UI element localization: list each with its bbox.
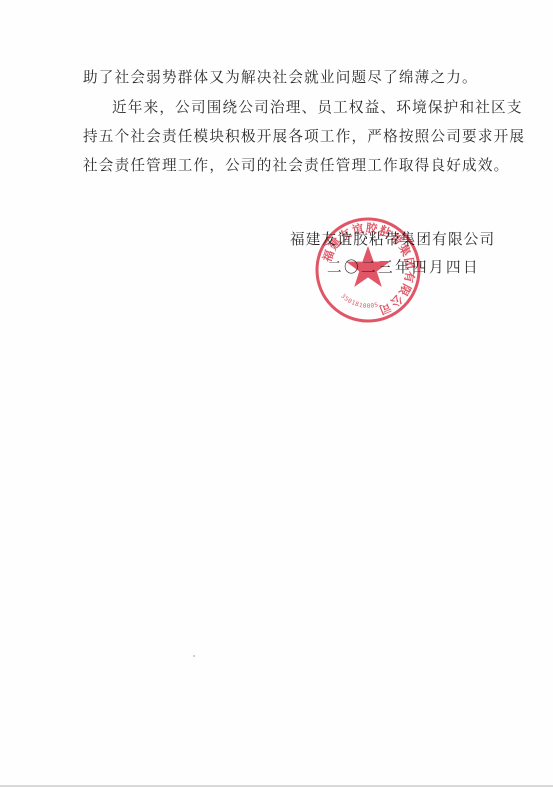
svg-text:3501810005: 3501810005 [339, 293, 379, 310]
paragraph-line-4: 社会责任管理工作，公司的社会责任管理工作取得良好成效。 [83, 157, 509, 175]
seal-star-icon [346, 246, 390, 287]
document-page: 助了社会弱势群体又为解决社会就业问题尽了绵薄之力。 近年来，公司围绕公司治理、员… [0, 0, 553, 787]
paragraph-line-3: 持五个社会责任模块积极开展各项工作，严格按照公司要求开展 [83, 128, 525, 146]
paragraph-line-2: 近年来，公司围绕公司治理、员工权益、环境保护和社区支 [112, 99, 523, 117]
scan-speck [193, 655, 195, 657]
paragraph-line-1: 助了社会弱势群体又为解决社会就业问题尽了绵薄之力。 [83, 69, 478, 87]
company-seal-icon: 福建友谊胶粘带集团有限公司 3501810005 [314, 216, 422, 324]
seal-code-text: 3501810005 [339, 293, 379, 310]
